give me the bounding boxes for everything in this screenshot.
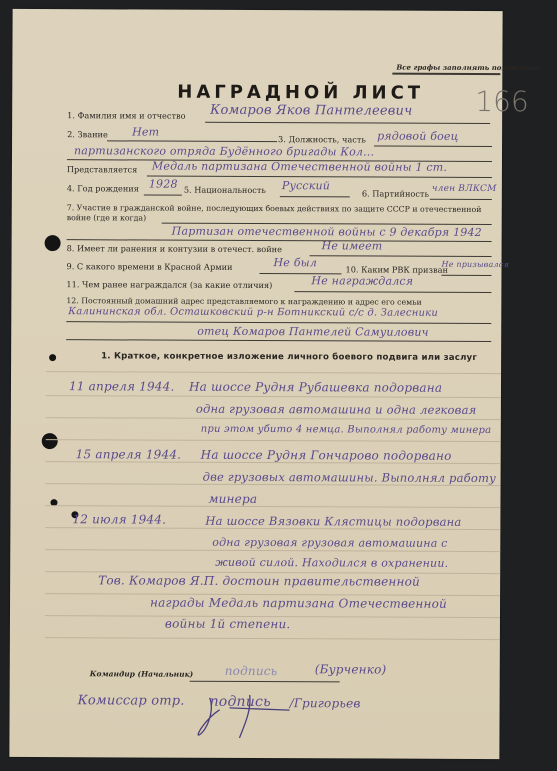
header-note-underline (392, 73, 500, 75)
header-note: Все графы заполнять полностью (396, 63, 539, 73)
field-7-value: Партизан отечественной войны с 9 декабря… (172, 225, 482, 239)
field-12-line (66, 321, 491, 324)
ruled-line (46, 417, 501, 420)
summary-heading: 1. Краткое, конкретное изложение личного… (101, 351, 477, 363)
field-1-value: Комаров Яков Пантелеевич (210, 103, 412, 119)
field-6-line (430, 199, 492, 200)
field-7-label-a: 7. Участие в гражданской войне, последую… (67, 203, 482, 214)
field-10-label: 10. Каким РВК призван (345, 264, 447, 274)
field-10-line (441, 275, 491, 276)
ruled-line (46, 371, 501, 374)
commander-sign-line (190, 681, 340, 683)
field-5-label: 5. Национальность (184, 185, 266, 195)
field-4-label: 4. Год рождения (67, 183, 139, 193)
binder-hole-small (49, 354, 56, 361)
presented-value: Медаль партизана Отечественной войны 1 с… (152, 160, 447, 174)
field-3-label: 3. Должность, часть (278, 134, 366, 144)
field-6-value: член ВЛКСМ (432, 184, 497, 194)
field-5-line (280, 196, 350, 197)
entry-2-line-3: минера (208, 492, 257, 506)
binder-hole (45, 235, 61, 251)
field-11-line (294, 291, 491, 293)
archive-number: 166 (475, 85, 529, 118)
field-10-value: Не призывался (442, 260, 510, 269)
presented-label: Представляется (67, 164, 137, 174)
entry-3-date: 12 июля 1944. (72, 512, 166, 526)
field-3-line (374, 146, 492, 148)
field-9-value: Не был (274, 256, 318, 269)
entry-2-line-1: На шоссе Рудня Гончарово подорвано (201, 448, 452, 463)
field-12-line-2 (66, 339, 491, 342)
commissar-name: /Григорьев (290, 696, 361, 710)
field-3-value-b: партизанского отряда Будённого бригады К… (74, 144, 374, 158)
conclusion-line-1: Тов. Комаров Я.П. достоин правительствен… (98, 573, 420, 588)
field-1-label: 1. Фамилия имя и отчество (67, 110, 185, 121)
field-4-line (144, 195, 182, 196)
entry-1-line-2: одна грузовая автомашина и одна легковая (196, 402, 477, 417)
field-2-line (107, 140, 277, 142)
ruled-line (45, 505, 500, 508)
field-2-label: 2. Звание (67, 129, 108, 139)
field-7-line-2 (67, 239, 492, 242)
field-8-value: Не имеет (322, 239, 383, 252)
field-12-value-b: отец Комаров Пантелей Самуилович (197, 325, 429, 339)
conclusion-line-2: награды Медаль партизана Отечественной (150, 596, 447, 611)
field-9-label: 9. С какого времени в Красной Армии (66, 261, 232, 272)
commissar-label: Комиссар отр. (78, 693, 185, 708)
entry-3-line-1: На шоссе Вязовки Клястицы подорвана (205, 514, 461, 529)
commander-signature: подпись (225, 664, 278, 678)
field-7-label-b: войне (где и когда) (67, 213, 146, 222)
field-12-value-a: Калининская обл. Осташковский р-н Ботник… (68, 306, 438, 319)
entry-3-line-2: одна грузовая грузовая автомашина с (212, 536, 447, 550)
ruled-line (46, 439, 501, 442)
entry-1-date: 11 апреля 1944. (69, 379, 175, 393)
field-8-label: 8. Имеет ли ранения и контузии в отечест… (67, 243, 282, 254)
field-6-label: 6. Партийность (362, 188, 429, 198)
field-2-value: Нет (132, 125, 159, 138)
field-11-value: Не награждался (311, 274, 413, 287)
presented-line (147, 176, 492, 179)
conclusion-line-3: войны 1й степени. (165, 617, 291, 632)
ruled-line (46, 395, 501, 398)
ruled-line (45, 637, 500, 640)
entry-2-line-2: две грузовых автомашины. Выполнял работу (203, 470, 496, 485)
entry-1-line-1: На шоссе Рудня Рубашевка подорвана (189, 380, 442, 395)
field-8-line (310, 255, 492, 257)
field-5-value: Русский (282, 179, 330, 192)
entry-1-line-3: при этом убито 4 немца. Выполнял работу … (201, 424, 492, 436)
field-12-label: 12. Постоянный домашний адрес представля… (66, 296, 421, 307)
commander-label: Командир (Начальник) (90, 669, 194, 678)
binder-hole (42, 433, 58, 449)
field-4-value: 1928 (149, 178, 178, 191)
entry-2-date: 15 апреля 1944. (76, 447, 182, 461)
entry-3-line-3: живой силой. Находился в охранении. (215, 556, 448, 570)
field-11-label: 11. Чем ранее награждался (за какие отли… (66, 279, 272, 290)
award-sheet: Все графы заполнять полностью НАГРАДНОЙ … (9, 9, 502, 759)
commander-name: (Бурченко) (315, 662, 387, 676)
field-1-line (205, 122, 490, 124)
page-title: НАГРАДНОЙ ЛИСТ (177, 82, 424, 104)
field-3-value-a: рядовой боец (377, 130, 459, 143)
